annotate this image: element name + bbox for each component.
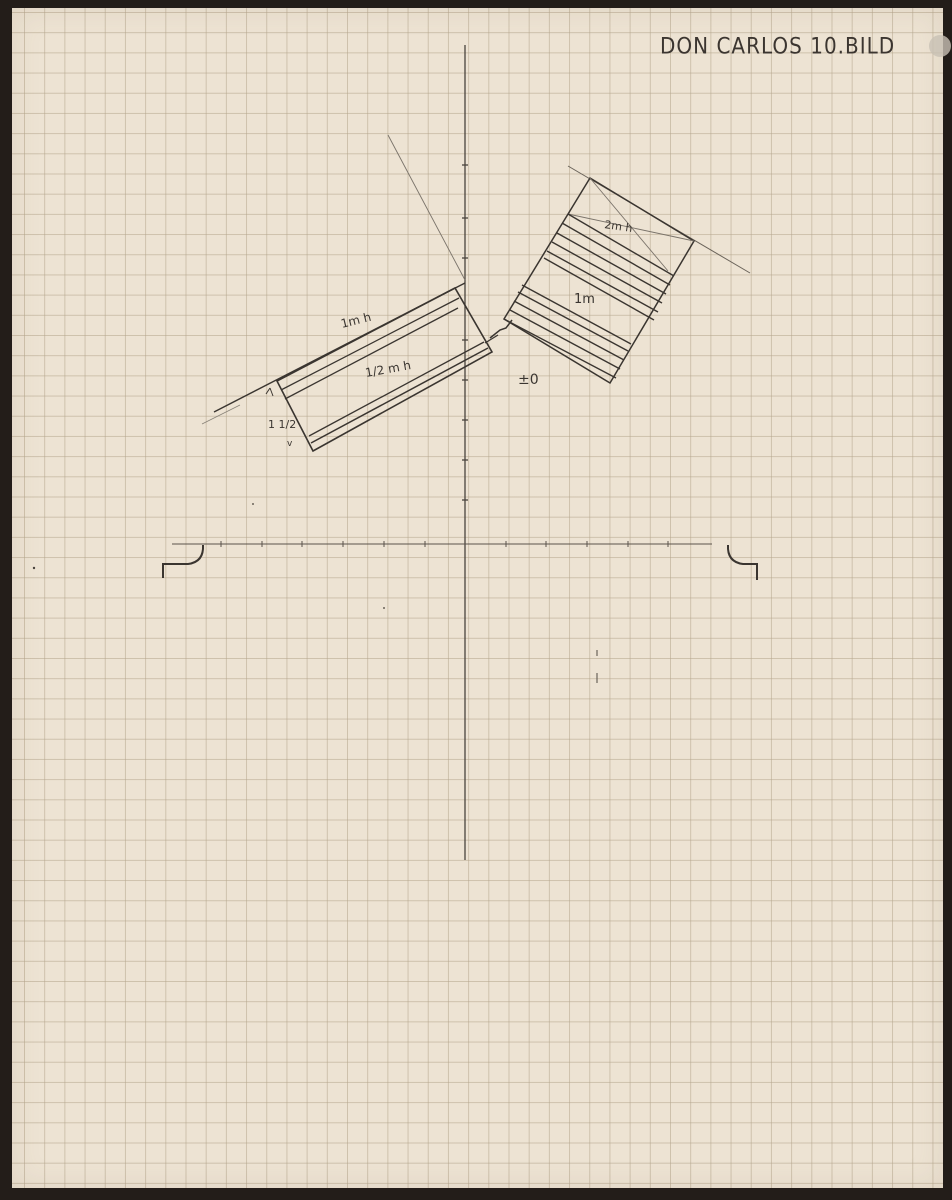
label-stairs-middle: 1m xyxy=(574,292,595,307)
proscenium-mark-right xyxy=(728,545,757,580)
horizontal-baseline xyxy=(172,541,712,547)
label-step-height: 1 1/2 xyxy=(268,418,296,431)
rotated-staircase-right xyxy=(504,166,750,383)
stage-drawing: 1m h 1/2 m h 1 1/2 2m h 1m ±0 v xyxy=(0,0,952,1200)
label-stairs-upper: 2m h xyxy=(604,218,634,235)
sight-line-left xyxy=(388,135,465,280)
label-arrow-v: v xyxy=(287,439,293,449)
minor-marks xyxy=(33,503,597,683)
label-stage-level: ±0 xyxy=(518,372,539,388)
rotated-platform-left xyxy=(202,283,498,451)
label-platform-upper: 1m h xyxy=(339,310,372,331)
vertical-centerline xyxy=(462,45,468,860)
label-platform-lower: 1/2 m h xyxy=(364,358,412,380)
proscenium-mark-left xyxy=(163,545,203,578)
